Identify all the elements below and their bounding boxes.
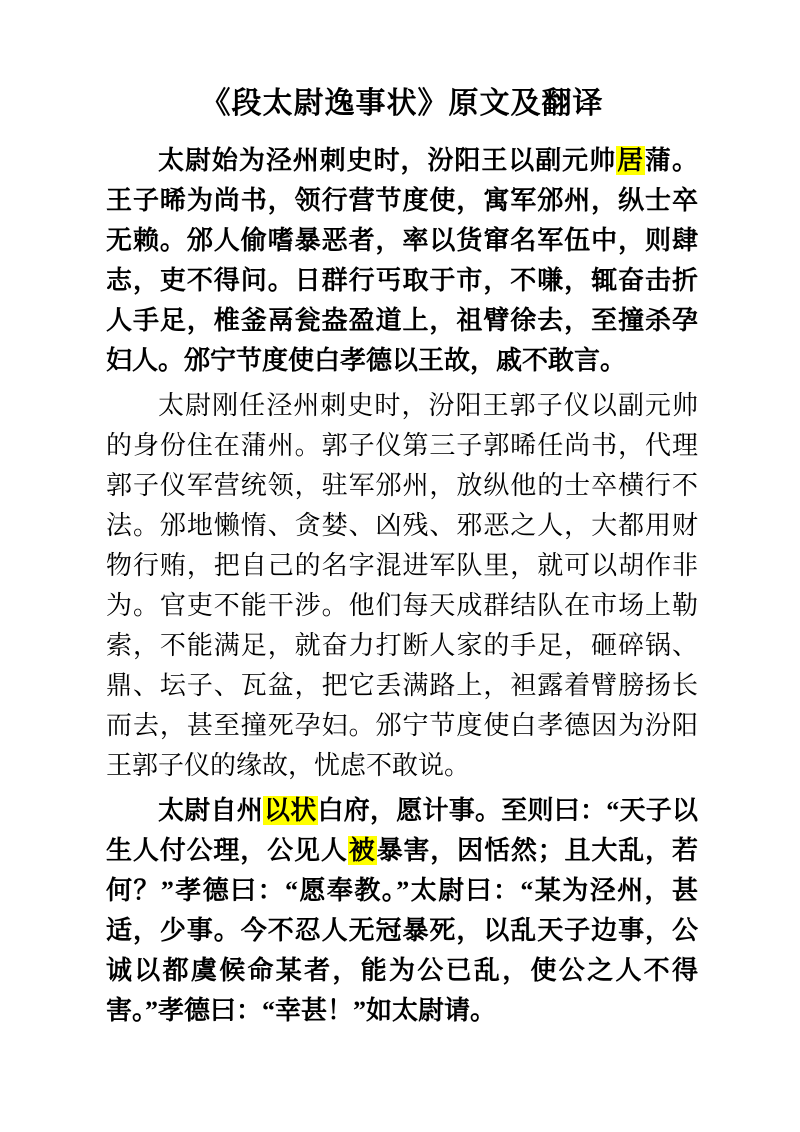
highlighted-term: 以状	[263, 796, 318, 825]
text-run: 蒲。王子晞为尚书，领行营节度使，寓军邠州，纵士卒无赖。邠人偷嗜暴恶者，率以货窜名…	[106, 146, 698, 375]
highlighted-term: 居	[616, 146, 645, 175]
document-page: 《段太尉逸事状》原文及翻译 太尉始为泾州刺史时，汾阳王以副元帅居蒲。王子晞为尚书…	[0, 0, 800, 1132]
highlighted-term: 被	[348, 836, 377, 865]
page-title: 《段太尉逸事状》原文及翻译	[106, 84, 698, 123]
text-run: 太尉刚任泾州刺史时，汾阳王郭子仪以副元帅的身份住在蒲州。郭子仪第三子郭晞任尚书，…	[106, 391, 698, 780]
document-body: 太尉始为泾州刺史时，汾阳王以副元帅居蒲。王子晞为尚书，领行营节度使，寓军邠州，纵…	[106, 141, 698, 1031]
paragraph-original-2: 太尉自州以状白府，愿计事。至则曰：“天子以生人付公理，公见人被暴害，因恬然；且大…	[106, 791, 698, 1031]
text-run: 太尉始为泾州刺史时，汾阳王以副元帅	[158, 146, 616, 175]
text-run: 太尉自州	[158, 796, 263, 825]
paragraph-original-1: 太尉始为泾州刺史时，汾阳王以副元帅居蒲。王子晞为尚书，领行营节度使，寓军邠州，纵…	[106, 141, 698, 381]
paragraph-translation-1: 太尉刚任泾州刺史时，汾阳王郭子仪以副元帅的身份住在蒲州。郭子仪第三子郭晞任尚书，…	[106, 386, 698, 786]
